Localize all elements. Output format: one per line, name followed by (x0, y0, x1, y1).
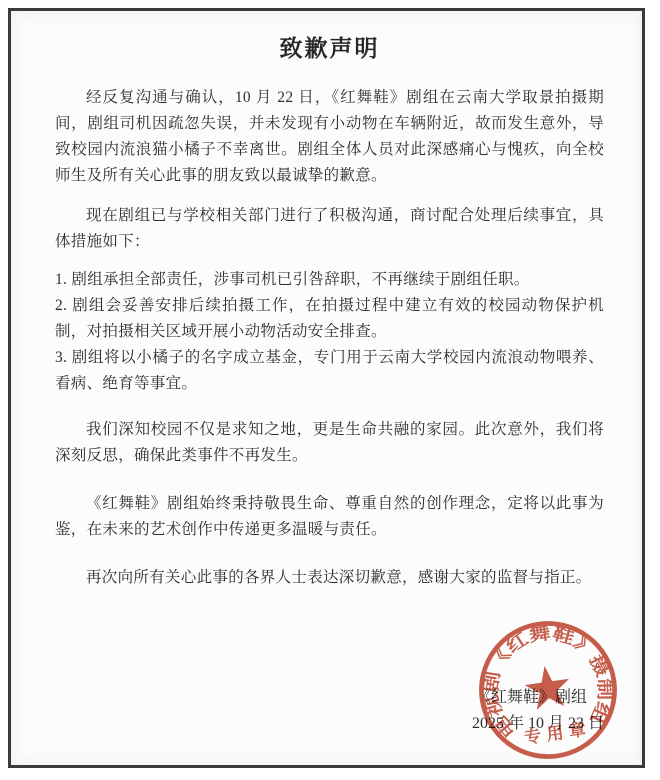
paragraph-incident: 经反复沟通与确认，10 月 22 日，《红舞鞋》剧组在云南大学取景拍摄期间，剧组… (55, 85, 604, 189)
apology-statement-page: 致歉声明 经反复沟通与确认，10 月 22 日，《红舞鞋》剧组在云南大学取景拍摄… (0, 0, 660, 780)
signature-name: 《红舞鞋》剧组 (55, 685, 604, 711)
paragraph-measures-intro: 现在剧组已与学校相关部门进行了积极沟通，商讨配合处理后续事宜，具体措施如下： (55, 203, 604, 255)
document-border-frame: 致歉声明 经反复沟通与确认，10 月 22 日，《红舞鞋》剧组在云南大学取景拍摄… (8, 8, 645, 768)
paragraph-values: 《红舞鞋》剧组始终秉持敬畏生命、尊重自然的创作理念，定将以此事为鉴，在未来的艺术… (55, 491, 604, 543)
signature-date: 2025 年 10 月 23 日 (55, 711, 604, 737)
signature-block: 《红舞鞋》剧组 2025 年 10 月 23 日 (55, 685, 604, 737)
paragraph-reflection: 我们深知校园不仅是求知之地，更是生命共融的家园。此次意外，我们将深刻反思，确保此… (55, 417, 604, 469)
measure-item-3: 3. 剧组将以小橘子的名字成立基金，专门用于云南大学校园内流浪动物喂养、看病、绝… (55, 345, 604, 397)
measure-item-1: 1. 剧组承担全部责任，涉事司机已引咎辞职，不再继续于剧组任职。 (55, 267, 604, 293)
measures-list: 1. 剧组承担全部责任，涉事司机已引咎辞职，不再继续于剧组任职。 2. 剧组会妥… (55, 267, 604, 397)
document-title: 致歉声明 (55, 33, 604, 65)
paragraph-closing-apology: 再次向所有关心此事的各界人士表达深切歉意，感谢大家的监督与指正。 (55, 565, 604, 591)
measure-item-2: 2. 剧组会妥善安排后续拍摄工作，在拍摄过程中建立有效的校园动物保护机制，对拍摄… (55, 293, 604, 345)
